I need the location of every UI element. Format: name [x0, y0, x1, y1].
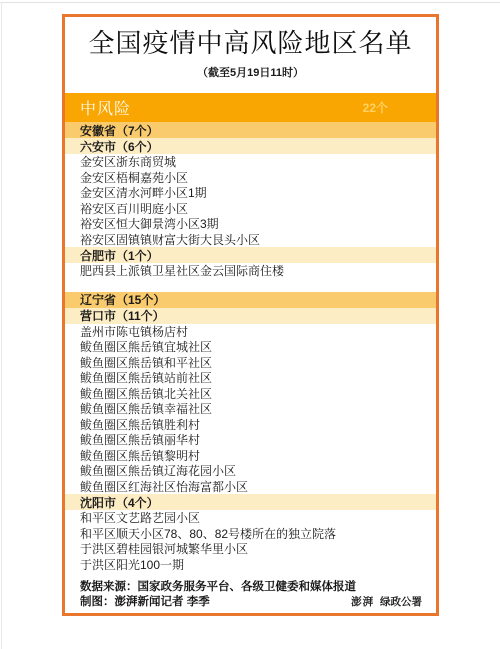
area-row: 鲅鱼圈区熊岳镇幸福社区	[65, 401, 436, 417]
area-row: 金安区梧桐嘉苑小区	[65, 170, 436, 186]
area-row: 鲅鱼圈区熊岳镇辽海花园小区	[65, 463, 436, 479]
logo-column-text: 绿政公署	[380, 596, 422, 608]
city-row: 营口市（11个）	[65, 308, 436, 324]
footer-source: 数据来源：国家政务服务平台、各级卫健委和媒体报道	[80, 580, 422, 595]
risk-banner-count: 22个	[363, 99, 388, 116]
area-row: 鲅鱼圈区熊岳镇丽华村	[65, 432, 436, 448]
area-row: 金安区清水河畔小区1期	[65, 185, 436, 201]
risk-banner-label: 中风险	[80, 96, 131, 119]
section-gap	[65, 279, 436, 292]
city-row: 沈阳市（4个）	[65, 494, 436, 510]
area-row: 鲅鱼圈区熊岳镇胜利村	[65, 417, 436, 433]
city-row: 六安市（6个）	[65, 138, 436, 154]
page-subtitle: （截至5月19日11时）	[65, 66, 436, 81]
area-row: 盖州市陈屯镇杨店村	[65, 324, 436, 340]
city-row: 合肥市（1个）	[65, 247, 436, 263]
page-edge-left	[1, 2, 2, 649]
page-edge-top	[0, 2, 500, 3]
area-row: 鲅鱼圈区红海社区怡海富都小区	[65, 479, 436, 495]
area-row: 裕安区固镇镇财富大街大艮头小区	[65, 232, 436, 248]
province-row: 安徽省（7个）	[65, 122, 436, 138]
poster: 全国疫情中高风险地区名单 （截至5月19日11时） 中风险 22个 安徽省（7个…	[62, 14, 439, 616]
brand-logo: 澎湃 绿政公署	[351, 595, 422, 610]
area-row: 鲅鱼圈区熊岳镇和平社区	[65, 355, 436, 371]
area-row: 鲅鱼圈区熊岳镇站前社区	[65, 370, 436, 386]
area-row: 肥西县上派镇卫星社区金云国际商住楼	[65, 263, 436, 279]
area-row: 和平区文艺路艺园小区	[65, 510, 436, 526]
area-row: 鲅鱼圈区熊岳镇黎明村	[65, 448, 436, 464]
logo-brand-text: 澎湃	[351, 597, 374, 608]
area-row: 裕安区百川明庭小区	[65, 201, 436, 217]
area-row: 鲅鱼圈区熊岳镇北关社区	[65, 386, 436, 402]
province-row: 辽宁省（15个）	[65, 292, 436, 308]
page-title: 全国疫情中高风险地区名单	[65, 28, 436, 60]
risk-list: 安徽省（7个）六安市（6个）金安区浙东商贸城金安区梧桐嘉苑小区金安区清水河畔小区…	[65, 122, 436, 572]
area-row: 裕安区恒大御景湾小区3期	[65, 216, 436, 232]
area-row: 金安区浙东商贸城	[65, 154, 436, 170]
area-row: 于洪区阳光100一期	[65, 557, 436, 573]
area-row: 和平区顺天小区78、80、82号楼所在的独立院落	[65, 526, 436, 542]
risk-banner: 中风险 22个	[65, 93, 436, 122]
footer: 数据来源：国家政务服务平台、各级卫健委和媒体报道 制图：澎湃新闻记者 李季 澎湃…	[65, 580, 436, 610]
area-row: 鲅鱼圈区熊岳镇宜城社区	[65, 339, 436, 355]
area-row: 于洪区碧桂园银河城繁华里小区	[65, 541, 436, 557]
footer-credit: 制图：澎湃新闻记者 李季	[80, 595, 210, 610]
